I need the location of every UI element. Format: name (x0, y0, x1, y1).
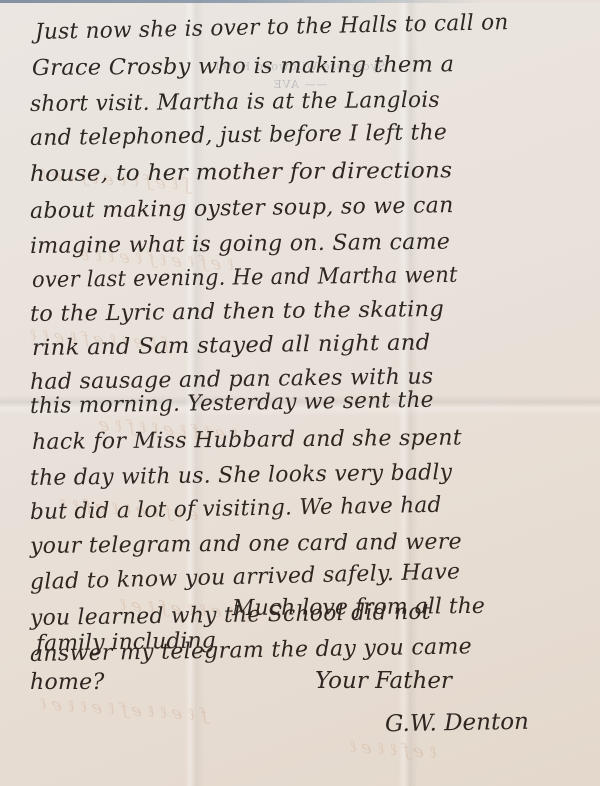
letter-line: over last evening. He and Martha went (32, 263, 458, 293)
letter-line: glad to know you arrived safely. Have (30, 559, 461, 595)
letter-line: home? (30, 670, 105, 695)
letter-line: hack for Miss Hubbard and she spent (32, 425, 462, 455)
letter-page: Sycamore Wildwood Hotel —— AVE ʃ ℓ ℯ ƒ ℓ… (0, 0, 600, 786)
letter-line: but did a lot of visiting. We have had (30, 493, 442, 525)
signature: G.W. Denton (385, 709, 529, 738)
letter-line: rink and Sam stayed all night and (32, 330, 431, 361)
letter-line: about making oyster soup, so we can (30, 193, 454, 224)
page-top-edge (0, 0, 600, 3)
letter-line: Grace Crosby who is making them a (32, 52, 454, 81)
closing-family-line: family including (36, 628, 216, 656)
letter-line: this morning. Yesterday we sent the (30, 388, 434, 419)
letter-line: house, to her mother for directions (30, 158, 453, 187)
letter-line: and telephoned, just before I left the (30, 120, 447, 151)
letter-line: the day with us. She looks very badly (30, 460, 453, 491)
valediction: Your Father (315, 668, 452, 694)
letter-line: to the Lyric and then to the skating (30, 297, 444, 327)
letter-line: imagine what is going on. Sam came (30, 230, 450, 259)
letter-line: your telegram and one card and were (30, 529, 462, 559)
letter-line: Just now she is over to the Halls to cal… (35, 10, 509, 45)
closing-love-line: Much love from all the (232, 594, 485, 621)
letter-line: short visit. Martha is at the Langlois (30, 88, 440, 117)
